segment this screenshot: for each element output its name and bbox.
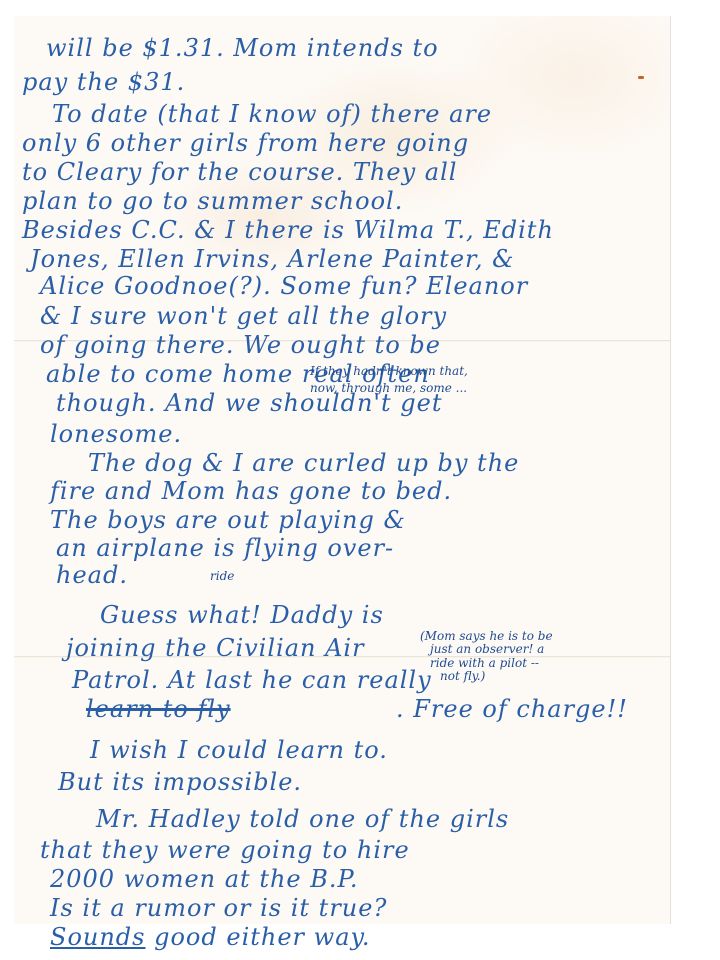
handwritten-line: joining the Civilian Air [66, 634, 365, 662]
handwritten-line: Alice Goodnoe(?). Some fun? Eleanor [40, 272, 528, 300]
handwritten-line: . Free of charge!! [396, 695, 628, 723]
handwritten-line: fire and Mom has gone to bed. [50, 477, 452, 505]
handwritten-line: To date (that I know of) there are [52, 100, 492, 128]
handwritten-insertion: ride with a pilot -- [430, 656, 539, 670]
handwritten-line: Mr. Hadley told one of the girls [96, 805, 509, 833]
handwritten-insertion: now, through me, some ... [310, 381, 467, 395]
handwritten-line: that they were going to hire [40, 836, 410, 864]
handwritten-insertion: ride [210, 569, 234, 583]
handwritten-line: will be $1.31. Mom intends to [46, 34, 439, 62]
handwritten-line: Guess what! Daddy is [100, 601, 384, 629]
handwritten-line: The dog & I are curled up by the [88, 449, 519, 477]
handwritten-line: learn to fly [86, 695, 231, 723]
handwritten-line: But its impossible. [58, 768, 302, 796]
handwritten-line: Jones, Ellen Irvins, Arlene Painter, & [30, 245, 514, 273]
handwritten-insertion: (Mom says he is to be [420, 629, 553, 643]
handwritten-line: Patrol. At last he can really [72, 666, 432, 694]
handwritten-line: lonesome. [50, 420, 182, 448]
handwritten-insertion: just an observer! a [430, 642, 544, 656]
handwritten-insertion: If they hadn't known that, [310, 364, 468, 378]
handwritten-line: plan to go to summer school. [22, 187, 403, 215]
handwritten-line: 2000 women at the B.P. [50, 865, 358, 893]
handwritten-line: I wish I could learn to. [90, 736, 388, 764]
handwritten-line: The boys are out playing & [50, 506, 406, 534]
handwritten-line: of going there. We ought to be [40, 331, 441, 359]
handwritten-line: only 6 other girls from here going [22, 129, 469, 157]
paper-stain [638, 76, 644, 79]
handwritten-line: Besides C.C. & I there is Wilma T., Edit… [22, 216, 554, 244]
handwritten-line: head. [56, 561, 128, 589]
handwritten-line: pay the $31. [22, 68, 185, 96]
handwritten-line: an airplane is flying over- [56, 534, 394, 562]
handwritten-line: & I sure won't get all the glory [40, 302, 447, 330]
handwritten-line: Sounds good either way. [50, 923, 371, 951]
handwritten-insertion: not fly.) [440, 669, 485, 683]
handwritten-line: Is it a rumor or is it true? [50, 894, 387, 922]
handwritten-line: to Cleary for the course. They all [22, 158, 457, 186]
